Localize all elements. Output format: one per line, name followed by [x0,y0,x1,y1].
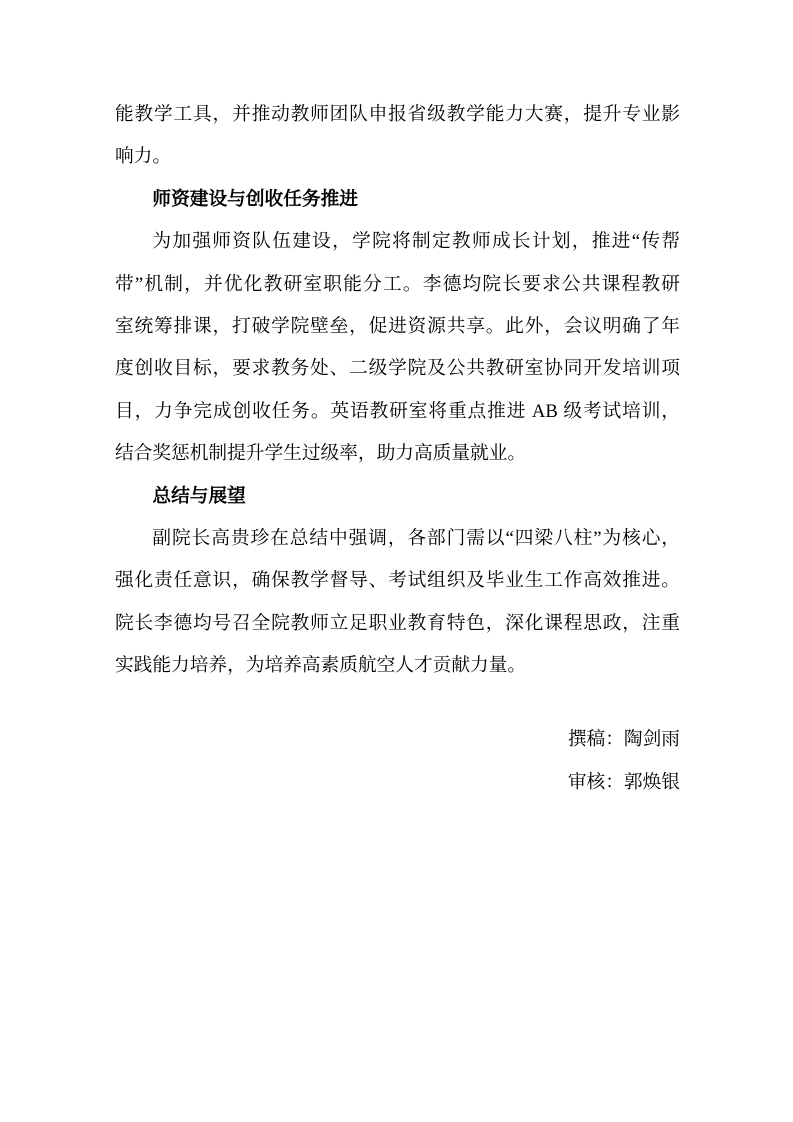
paragraph-line: 强化责任意识，确保教学督导、考试组织及毕业生工作高效推进。 [115,560,680,602]
paragraph-line: 结合奖惩机制提升学生过级率，助力高质量就业。 [115,433,680,475]
signature-reviewer: 审核：郭焕银 [115,762,680,804]
paragraph-line: 实践能力培养，为培养高素质航空人才贡献力量。 [115,645,680,687]
paragraph-teacher-development: 为加强师资队伍建设，学院将制定教师成长计划，推进“传帮 带”机制，并优化教研室职… [115,221,680,475]
document-page: 能教学工具，并推动教师团队申报省级教学能力大赛，提升专业影 响力。 师资建设与创… [0,0,793,1122]
paragraph-line: 为加强师资队伍建设，学院将制定教师成长计划，推进“传帮 [115,221,680,263]
paragraph-line: 院长李德均号召全院教师立足职业教育特色，深化课程思政，注重 [115,603,680,645]
section-heading-summary-outlook: 总结与展望 [115,476,680,518]
signature-drafter: 撰稿：陶剑雨 [115,719,680,761]
section-heading-teacher-development: 师资建设与创收任务推进 [115,179,680,221]
paragraph-continuation: 能教学工具，并推动教师团队申报省级教学能力大赛，提升专业影 响力。 [115,94,680,179]
paragraph-line: 副院长高贵珍在总结中强调，各部门需以“四梁八柱”为核心， [115,518,680,560]
paragraph-line: 室统筹排课，打破学院壁垒，促进资源共享。此外，会议明确了年 [115,306,680,348]
signature-block: 撰稿：陶剑雨 审核：郭焕银 [115,719,680,804]
paragraph-summary-outlook: 副院长高贵珍在总结中强调，各部门需以“四梁八柱”为核心， 强化责任意识，确保教学… [115,518,680,688]
paragraph-line: 目，力争完成创收任务。英语教研室将重点推进 AB 级考试培训， [115,391,680,433]
paragraph-line: 响力。 [115,136,680,178]
paragraph-line: 能教学工具，并推动教师团队申报省级教学能力大赛，提升专业影 [115,94,680,136]
paragraph-line: 度创收目标，要求教务处、二级学院及公共教研室协同开发培训项 [115,348,680,390]
paragraph-line: 带”机制，并优化教研室职能分工。李德均院长要求公共课程教研 [115,264,680,306]
